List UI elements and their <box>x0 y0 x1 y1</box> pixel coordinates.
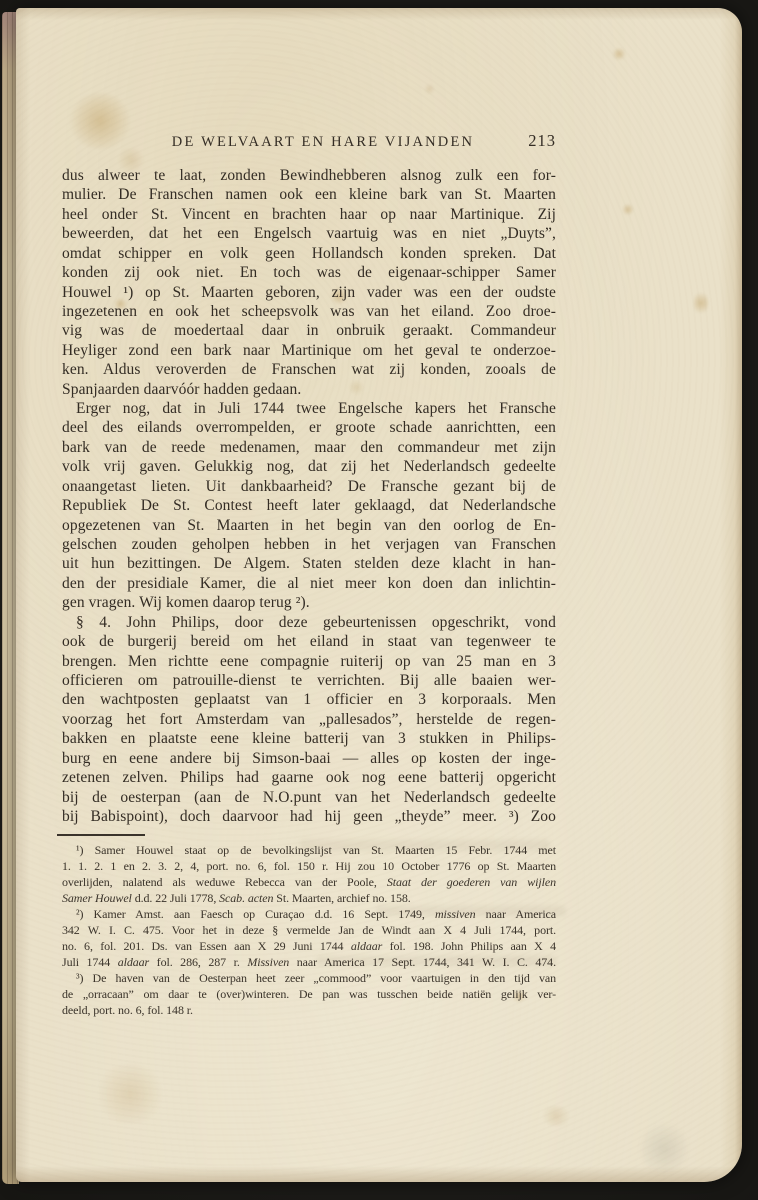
footnote-line: overlijden, nalatend als weduwe Rebecca … <box>62 874 556 890</box>
body-text-line: bark van de reede medenamen, maar den co… <box>62 438 556 457</box>
footnote-line: Juli 1744 aldaar fol. 286, 287 r. Missiv… <box>62 954 556 970</box>
footnote-line: de „orracaan” om daar te (over)winteren.… <box>62 986 556 1002</box>
body-text-line: opgezetenen van St. Maarten in het begin… <box>62 516 556 535</box>
footnote-line: no. 6, fol. 201. Ds. van Essen aan X 29 … <box>62 938 556 954</box>
body-text-line: Heyliger zond een bark naar Martinique o… <box>62 341 556 360</box>
body-text-line: ken. Aldus veroverden de Franschen wat z… <box>62 360 556 379</box>
body-text-line: beweerden, dat het een Engelsch vaartuig… <box>62 224 556 243</box>
paper-stain <box>94 1064 166 1124</box>
body-text-line: officieren om patrouille-dienst te verri… <box>62 671 556 690</box>
paper-stain <box>612 48 626 60</box>
body-text-line: voorzag het fort Amsterdam van „pallesad… <box>62 710 556 729</box>
body-text-line: dus alweer te laat, zonden Bewindhebbere… <box>62 166 556 185</box>
scanned-book-photo: DE WELVAART EN HARE VIJANDEN 213 dus alw… <box>0 0 758 1200</box>
paper-stain <box>694 290 708 316</box>
body-text-line: § 4. John Philips, door deze gebeurtenis… <box>62 613 556 632</box>
body-text-line: ook de burgerij bereid om het eiland in … <box>62 632 556 651</box>
body-text-line: brengen. Men richtte eene compagnie ruit… <box>62 652 556 671</box>
body-text: dus alweer te laat, zonden Bewindhebbere… <box>62 166 556 826</box>
running-header-title: DE WELVAART EN HARE VIJANDEN <box>172 132 474 152</box>
footnote-line: ²) Kamer Amst. aan Faesch op Curaçao d.d… <box>62 906 556 922</box>
footnote-line: ³) De haven van de Oesterpan heet zeer „… <box>62 970 556 986</box>
running-header: DE WELVAART EN HARE VIJANDEN 213 <box>62 132 556 152</box>
body-text-line: bij de oesterpan (aan de N.O.punt van he… <box>62 788 556 807</box>
body-text-line: deel des eilands overrompelden, er groot… <box>62 418 556 437</box>
footnote-line: deeld, port. no. 6, fol. 148 r. <box>62 1002 556 1018</box>
footnote-line: 1. 1. 2. 1 en 2. 3. 2, 4, port. no. 6, f… <box>62 858 556 874</box>
body-text-line: vig was de moedertaal daar in onbruik ge… <box>62 321 556 340</box>
paper-stain <box>540 1106 572 1126</box>
footnote-line: Samer Houwel d.d. 22 Juli 1778, Scab. ac… <box>62 890 556 906</box>
body-text-line: gen vragen. Wij komen daarop terug ²). <box>62 593 556 612</box>
body-text-line: omdat schipper en volk geen Hollandsch k… <box>62 244 556 263</box>
paper-stain <box>622 204 634 215</box>
page-number: 213 <box>528 131 556 151</box>
body-text-line: volk vrij gaven. Gelukkig nog, dat zij h… <box>62 457 556 476</box>
body-text-line: Erger nog, dat in Juli 1744 twee Engelsc… <box>62 399 556 418</box>
body-text-line: bij Babispoint), doch daarvoor had hij g… <box>62 807 556 826</box>
book-page: DE WELVAART EN HARE VIJANDEN 213 dus alw… <box>16 8 742 1182</box>
footnote-line: 342 W. I. C. 475. Voor het in deze § ver… <box>62 922 556 938</box>
paper-smudge <box>640 1120 688 1178</box>
body-text-line: mulier. De Franschen namen ook een klein… <box>62 185 556 204</box>
body-text-line: den wachtposten geplaatst van 1 officier… <box>62 690 556 709</box>
footnote-line: ¹) Samer Houwel staat op de bevolkingsli… <box>62 842 556 858</box>
body-text-line: onaangetast lieten. Uit dankbaarheid? De… <box>62 477 556 496</box>
footnotes: ¹) Samer Houwel staat op de bevolkingsli… <box>62 842 556 1018</box>
body-text-line: burg en eene andere bij Simson-baai — al… <box>62 749 556 768</box>
body-text-line: gelschen zouden geholpen hebben in het v… <box>62 535 556 554</box>
body-text-line: zetenen zelven. Philips had gaarne ook n… <box>62 768 556 787</box>
paper-stain <box>424 84 435 94</box>
footnote-separator-rule <box>57 834 145 836</box>
body-text-line: den der presidiale Kamer, die al niet me… <box>62 574 556 593</box>
body-text-line: Republiek De St. Contest heeft later gek… <box>62 496 556 515</box>
body-text-line: konden zij ook niet. En toch was de eige… <box>62 263 556 282</box>
body-text-line: bakken en plaatste eene kleine batterij … <box>62 729 556 748</box>
body-text-line: ingezetenen en ook het scheepsvolk was v… <box>62 302 556 321</box>
body-text-line: uit hun bezittingen. De Algem. Staten st… <box>62 554 556 573</box>
body-text-line: heel onder St. Vincent en brachten haar … <box>62 205 556 224</box>
body-text-line: Houwel ¹) op St. Maarten geboren, zijn v… <box>62 283 556 302</box>
body-text-line: Spanjaarden daarvóór hadden gedaan. <box>62 380 556 399</box>
